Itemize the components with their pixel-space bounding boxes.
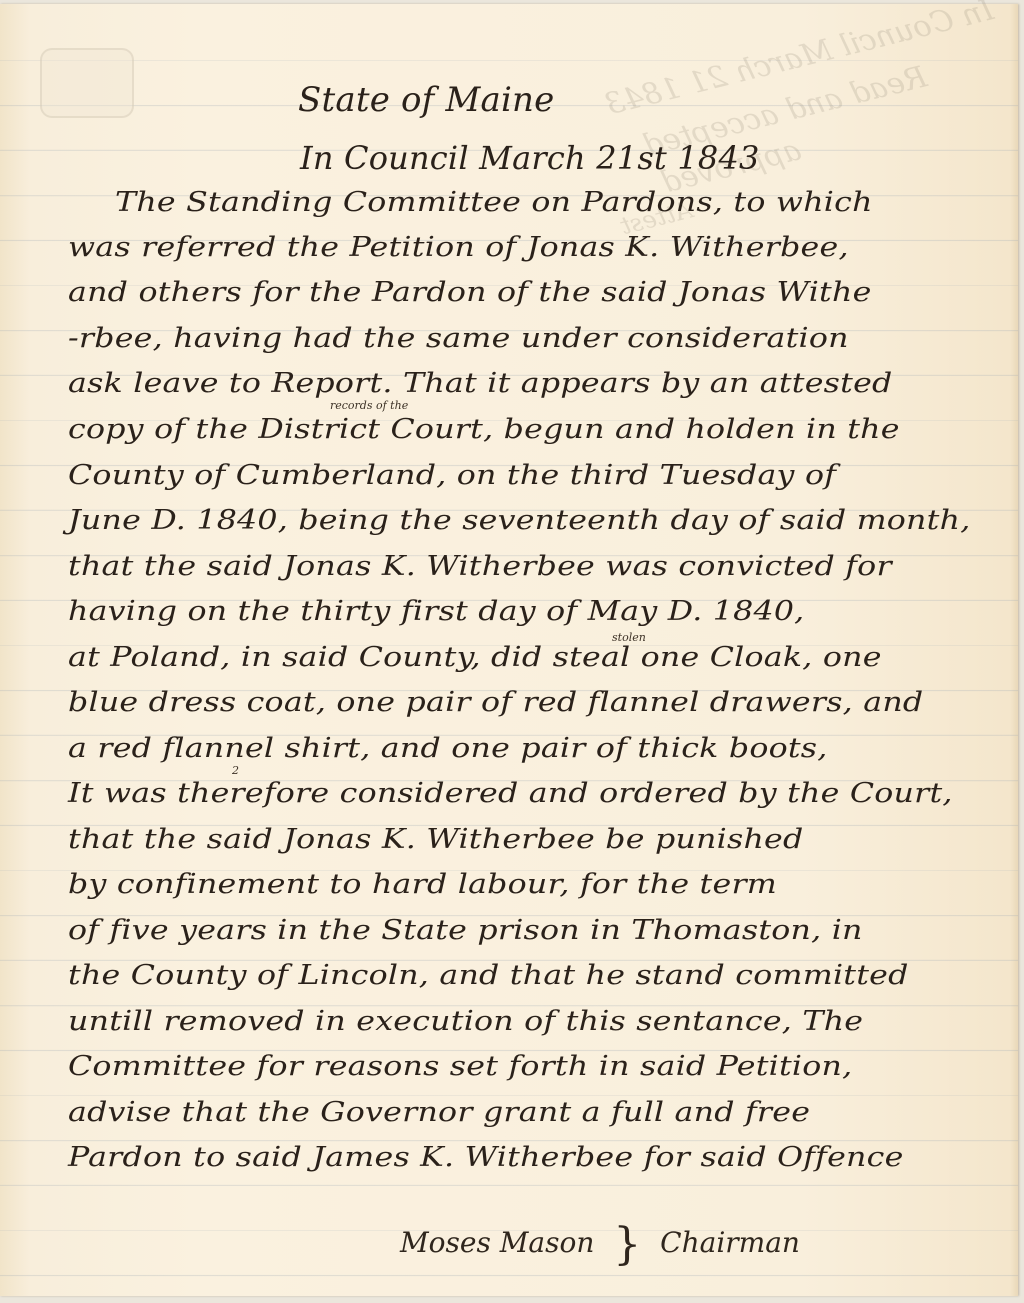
body-line: the County of Lincoln, and that he stand…: [68, 959, 909, 991]
signatory-name: Moses Mason: [400, 1226, 594, 1259]
body-line: that the said Jonas K. Witherbee be puni…: [68, 823, 803, 855]
body-line: and others for the Pardon of the said Jo…: [68, 276, 872, 308]
body-line: a red flannel shirt, and one pair of thi…: [68, 732, 828, 764]
body-line: June D. 1840, being the seventeenth day …: [68, 504, 970, 536]
document-heading: State of Maine: [298, 80, 554, 120]
body-line: It was therefore considered and ordered …: [68, 777, 953, 809]
document-dateline: In Council March 21st 1843: [300, 139, 760, 177]
body-line: that the said Jonas K. Witherbee was con…: [68, 550, 892, 582]
document-page: In Council March 21 1843 Read and accept…: [0, 4, 1018, 1296]
body-line: copy of the District Court, begun and ho…: [68, 413, 900, 445]
bleed-through-text: In Council March 21 1843: [602, 0, 997, 123]
body-line: by confinement to hard labour, for the t…: [68, 868, 777, 900]
brace-mark: }: [613, 1231, 641, 1259]
body-line: ask leave to Report. That it appears by …: [68, 367, 892, 399]
body-line: The Standing Committee on Pardons, to wh…: [115, 186, 873, 218]
body-line: untill removed in execution of this sent…: [68, 1005, 863, 1037]
signature-block: Moses Mason } Chairman: [400, 1226, 800, 1259]
body-line: at Poland, in said County, did steal one…: [68, 641, 882, 673]
interlinear-insertion: 2: [232, 764, 239, 777]
body-line: Committee for reasons set forth in said …: [68, 1050, 852, 1082]
body-line: was referred the Petition of Jonas K. Wi…: [68, 231, 849, 263]
body-line: County of Cumberland, on the third Tuesd…: [68, 459, 836, 491]
body-line: blue dress coat, one pair of red flannel…: [68, 686, 923, 718]
interlinear-insertion: records of the: [330, 399, 408, 412]
body-line: Pardon to said James K. Witherbee for sa…: [68, 1141, 904, 1173]
body-line: having on the thirty first day of May D.…: [68, 595, 804, 627]
signatory-title: Chairman: [660, 1226, 800, 1259]
body-line: advise that the Governor grant a full an…: [68, 1096, 810, 1128]
embossed-seal: [40, 48, 134, 118]
body-line: -rbee, having had the same under conside…: [68, 322, 849, 354]
body-line: of five years in the State prison in Tho…: [68, 914, 863, 946]
